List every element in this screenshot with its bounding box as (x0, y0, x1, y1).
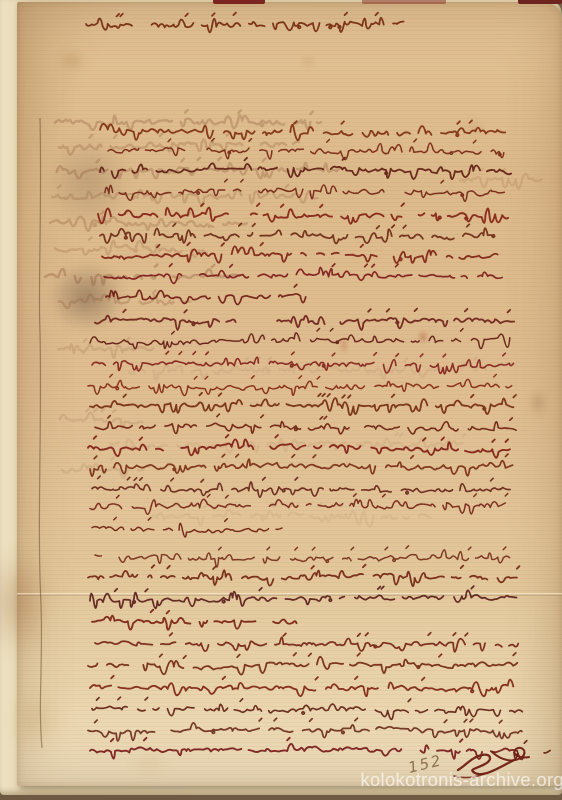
top-edge-sliver (518, 0, 562, 4)
manuscript-page (17, 2, 562, 786)
watermark: kolokotronis-archive.org (360, 769, 562, 791)
manuscript-photo: 152 kolokotronis-archive.org (0, 0, 562, 800)
top-edge-sliver (213, 0, 265, 4)
top-edge-sliver (362, 0, 446, 4)
